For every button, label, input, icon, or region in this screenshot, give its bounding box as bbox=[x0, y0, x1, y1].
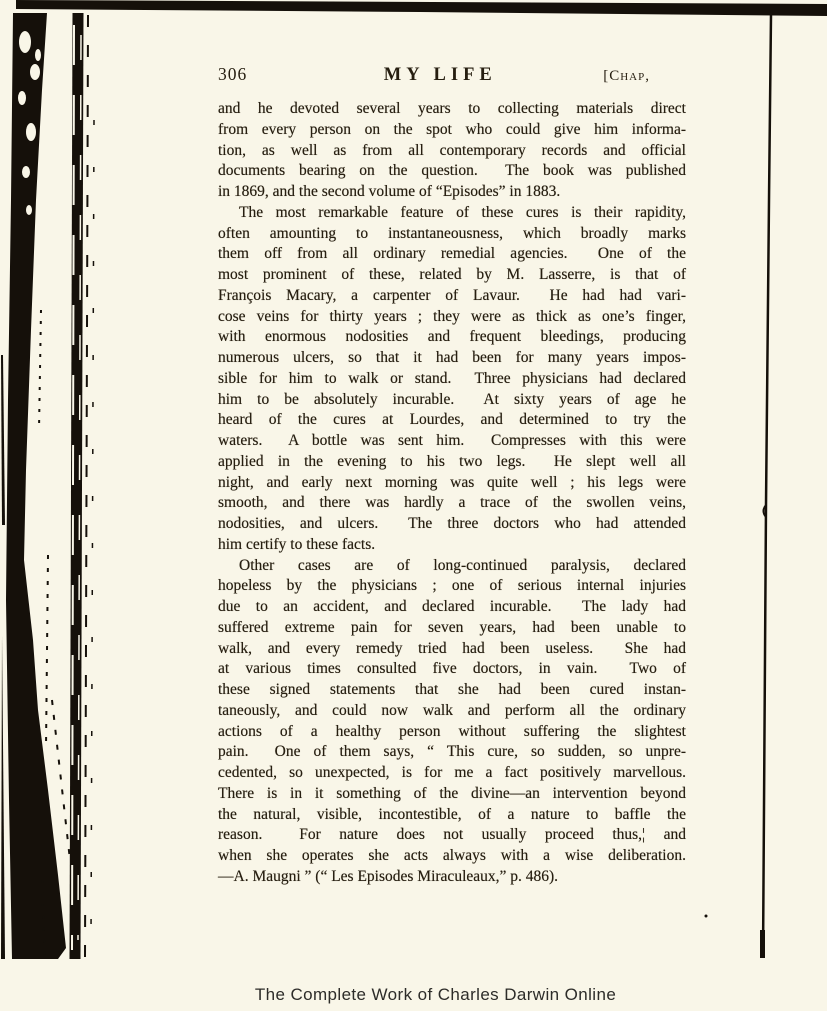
text-line: at various times consulted five doctors,… bbox=[218, 659, 686, 680]
text-line: reason. For nature does not usually proc… bbox=[218, 825, 686, 846]
text-line: François Macary, a carpenter of Lavaur. … bbox=[218, 286, 686, 307]
text-line: cedented, so unexpected, is for me a fac… bbox=[218, 763, 686, 784]
text-line: hopeless by the physicians ; one of seri… bbox=[218, 576, 686, 597]
text-line: walk, and every remedy tried had been us… bbox=[218, 639, 686, 660]
site-footer-caption: The Complete Work of Charles Darwin Onli… bbox=[22, 985, 827, 1005]
text-line: applied in the evening to his two legs. … bbox=[218, 452, 686, 473]
text-line: often amounting to instantaneousness, wh… bbox=[218, 224, 686, 245]
text-line: from every person on the spot who could … bbox=[218, 120, 686, 141]
text-line: sible for him to walk or stand. Three ph… bbox=[218, 369, 686, 390]
text-line: waters. A bottle was sent him. Compresse… bbox=[218, 431, 686, 452]
right-page-edge-line bbox=[705, 15, 772, 958]
text-line: documents bearing on the question. The b… bbox=[218, 161, 686, 182]
text-line: these signed statements that she had bee… bbox=[218, 680, 686, 701]
chapter-ref: [Chap, bbox=[603, 68, 650, 85]
text-line: The most remarkable feature of these cur… bbox=[218, 203, 686, 224]
text-line: There is in it something of the divine—a… bbox=[218, 784, 686, 805]
text-line: him certify to these facts. bbox=[218, 535, 686, 556]
text-line: nodosities, and ulcers. The three doctor… bbox=[218, 514, 686, 535]
text-line: in 1869, and the second volume of “Episo… bbox=[218, 182, 686, 203]
page-number: 306 bbox=[218, 64, 247, 85]
book-title: MY LIFE bbox=[384, 65, 497, 86]
text-line: suffered extreme pain for seven years, h… bbox=[218, 618, 686, 639]
text-line: night, and early next morning was quite … bbox=[218, 473, 686, 494]
text-line: smooth, and there was hardly a trace of … bbox=[218, 493, 686, 514]
left-binding-blob bbox=[1, 13, 66, 959]
text-line: cose veins for thirty years ; they were … bbox=[218, 307, 686, 328]
text-line: pain. One of them says, “ This cure, so … bbox=[218, 742, 686, 763]
binding-flecks bbox=[39, 310, 70, 960]
text-line: taneously, and could now walk and perfor… bbox=[218, 701, 686, 722]
top-edge-bar bbox=[16, 0, 827, 16]
page-header: 306 MY LIFE [Chap, bbox=[218, 64, 688, 86]
body-text: and he devoted several years to collecti… bbox=[218, 99, 686, 888]
text-line: and he devoted several years to collecti… bbox=[218, 99, 686, 120]
text-line: heard of the cures at Lourdes, and deter… bbox=[218, 410, 686, 431]
text-line: when she operates she acts always with a… bbox=[218, 846, 686, 867]
text-line: the natural, visible, incontestible, of … bbox=[218, 805, 686, 826]
text-line: numerous ulcers, so that it had been for… bbox=[218, 348, 686, 369]
text-line: most prominent of these, related by M. L… bbox=[218, 265, 686, 286]
binding-blob-speckles bbox=[18, 31, 41, 215]
text-line: them off from all ordinary remedial agen… bbox=[218, 244, 686, 265]
text-line: tion, as well as from all contemporary r… bbox=[218, 141, 686, 162]
text-line: with enormous nodosities and frequent bl… bbox=[218, 327, 686, 348]
left-binding-stripe bbox=[72, 13, 94, 959]
text-line: Other cases are of long-continued paraly… bbox=[218, 556, 686, 577]
text-line: due to an accident, and declared incurab… bbox=[218, 597, 686, 618]
scanned-book-page: { "colors": { "paper": "#f9f6e8", "ink":… bbox=[0, 0, 827, 1011]
text-line: him to be absolutely incurable. At sixty… bbox=[218, 390, 686, 411]
text-line: actions of a healthy person without suff… bbox=[218, 722, 686, 743]
text-line: —A. Maugni ” (“ Les Episodes Miraculeaux… bbox=[218, 867, 686, 888]
